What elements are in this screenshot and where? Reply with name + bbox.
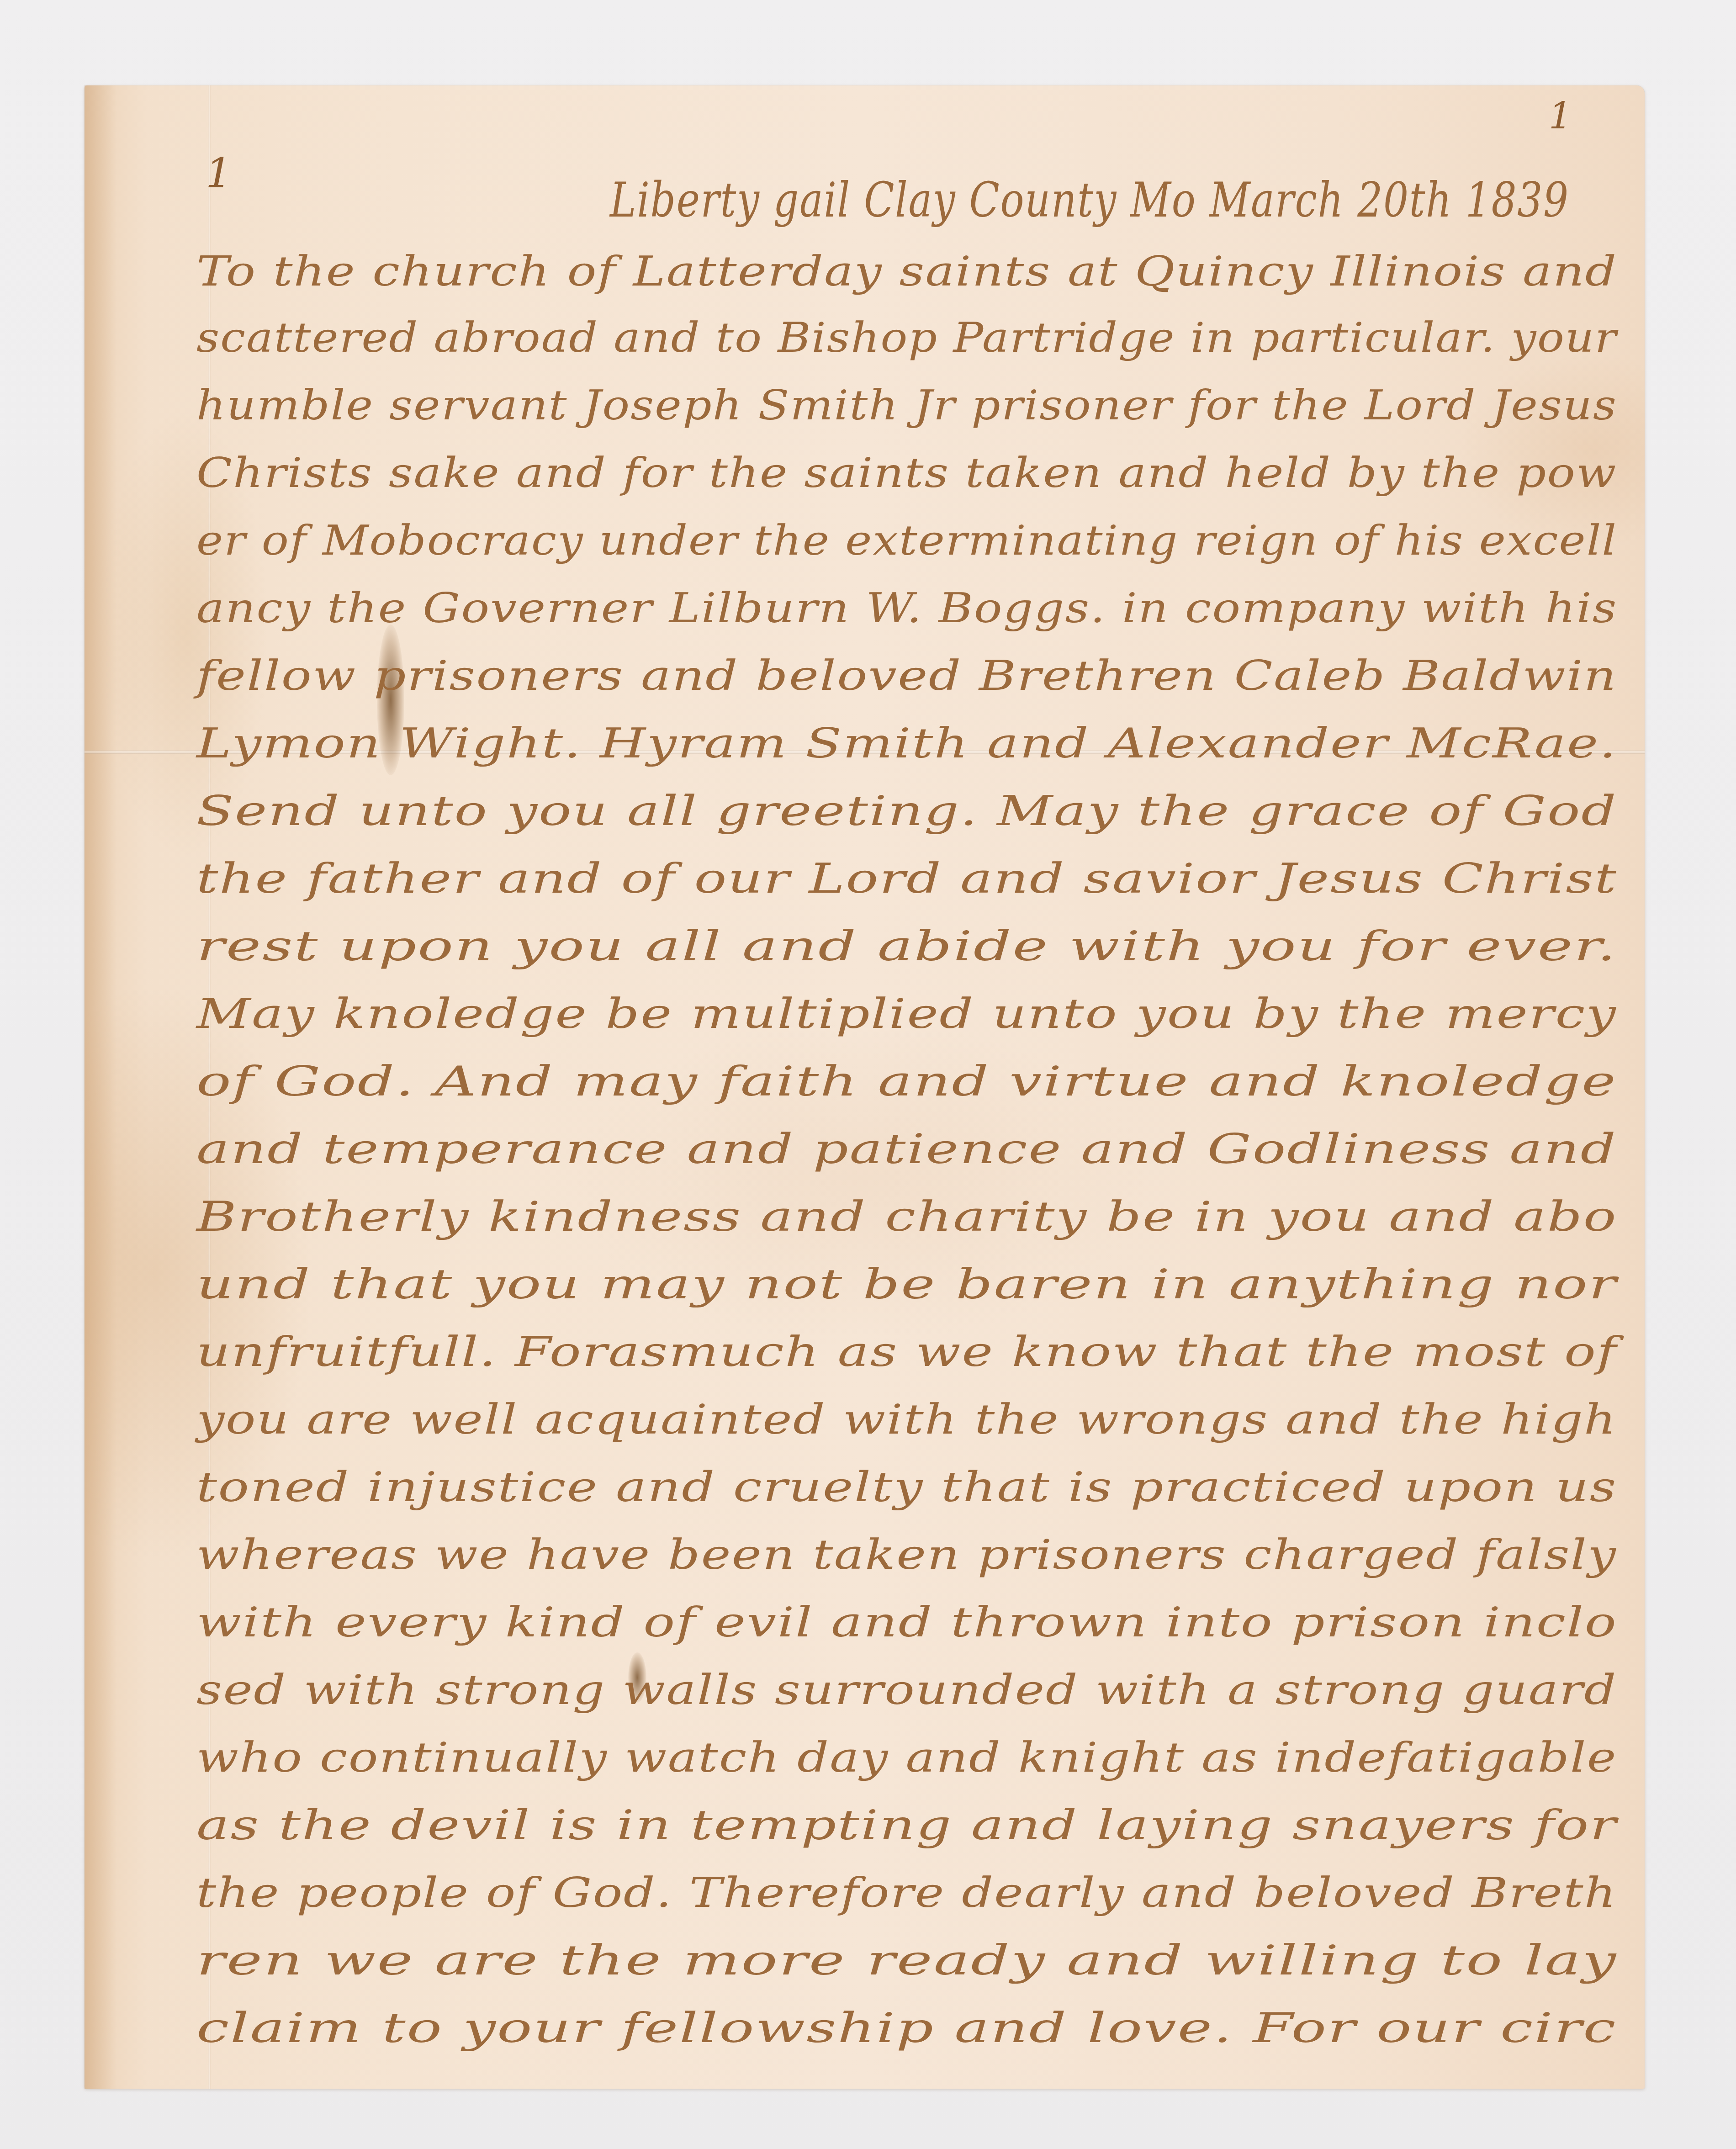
page-number-left: 1 — [206, 149, 232, 197]
letter-line: whereas we have been taken prisoners cha… — [196, 1531, 1617, 1579]
letter-line: To the church of Latterday saints at Qui… — [196, 248, 1617, 296]
letter-line: scattered abroad and to Bishop Partridge… — [196, 314, 1617, 362]
letter-line: er of Mobocracy under the exterminating … — [196, 517, 1617, 565]
letter-line: ren we are the more ready and willing to… — [196, 1937, 1617, 1985]
letter-line: May knoledge be multiplied unto you by t… — [196, 990, 1617, 1038]
letter-page: 1 1 Liberty gail Clay County Mo March 20… — [85, 85, 1645, 2089]
letter-line: Lymon Wight. Hyram Smith and Alexander M… — [196, 720, 1617, 767]
photo-backdrop: 1 1 Liberty gail Clay County Mo March 20… — [0, 0, 1736, 2149]
letter-line: the father and of our Lord and savior Je… — [196, 855, 1617, 903]
letter-line: with every kind of evil and thrown into … — [196, 1599, 1617, 1646]
letter-line: ancy the Governer Lilburn W. Boggs. in c… — [196, 584, 1618, 632]
letter-line: rest upon you all and abide with you for… — [196, 922, 1617, 970]
letter-line: und that you may not be baren in anythin… — [196, 1260, 1618, 1308]
page-number-right: 1 — [1549, 95, 1572, 137]
letter-line: sed with strong walls surrounded with a … — [196, 1666, 1617, 1714]
letter-line: and temperance and patience and Godlines… — [196, 1125, 1617, 1173]
letter-line: the people of God. Therefore dearly and … — [196, 1869, 1617, 1917]
letter-line: of God. And may faith and virtue and kno… — [196, 1058, 1617, 1106]
letter-line: you are well acquainted with the wrongs … — [196, 1396, 1617, 1444]
letter-line: fellow prisoners and beloved Brethren Ca… — [196, 652, 1617, 700]
letter-line: Send unto you all greeting. May the grac… — [196, 787, 1617, 835]
letter-header-dateline: Liberty gail Clay County Mo March 20th 1… — [610, 172, 1569, 228]
letter-line: Christs sake and for the saints taken an… — [196, 449, 1617, 497]
letter-line: as the devil is in tempting and laying s… — [196, 1801, 1617, 1849]
letter-line: who continually watch day and knight as … — [196, 1734, 1617, 1782]
letter-line: unfruitfull. Forasmuch as we know that t… — [196, 1328, 1617, 1376]
letter-line: toned injustice and cruelty that is prac… — [196, 1463, 1617, 1511]
letter-line: humble servant Joseph Smith Jr prisoner … — [196, 381, 1617, 429]
edge-discoloration — [85, 85, 116, 2089]
letter-line: Brotherly kindness and charity be in you… — [196, 1193, 1617, 1241]
letter-line: claim to your fellowship and love. For o… — [196, 2004, 1617, 2052]
